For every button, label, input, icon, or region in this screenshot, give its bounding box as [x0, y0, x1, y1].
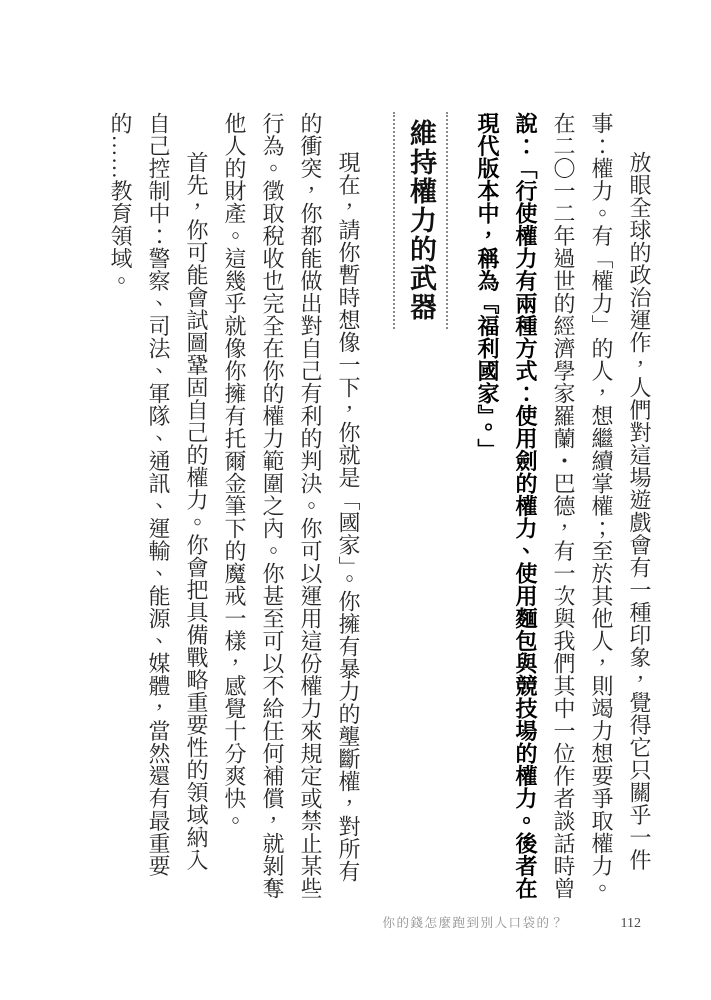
- section-title: 維持權力的武器: [393, 112, 448, 329]
- paragraph-2-column-3: 行為。徵取稅收也完全在你的權力範圍之內。你甚至可以不給任何補償，就剝奪: [253, 112, 291, 910]
- paragraph-1-column-1: 放眼全球的政治運作，人們對這場遊戲會有一種印象，覺得它只關乎一件: [620, 112, 658, 910]
- running-footer: 你的錢怎麼跑到別人口袋的？ 112: [383, 913, 642, 932]
- paragraph-2-column-4: 他人的財產。這幾乎就像你擁有托爾金筆下的魔戒一樣，感覺十分爽快。: [215, 112, 253, 910]
- section-title-block: 維持權力的武器: [393, 112, 448, 910]
- book-page: 放眼全球的政治運作，人們對這場遊戲會有一種印象，覺得它只關乎一件 事：權力。有「…: [0, 0, 711, 1000]
- page-number: 112: [621, 916, 641, 932]
- paragraph-1-column-4-bold-quote: 說：「行使權力有兩種方式：使用劍的權力、使用麵包與競技場的權力。後者在: [506, 112, 544, 910]
- paragraph-2-column-2: 的衝突，你都能做出對自己有利的判決。你可以運用這份權力來規定或禁止某些: [291, 112, 329, 910]
- paragraph-3-column-3: 的……教育領域。: [101, 112, 139, 910]
- vertical-text-area: 放眼全球的政治運作，人們對這場遊戲會有一種印象，覺得它只關乎一件 事：權力。有「…: [101, 112, 658, 910]
- paragraph-1-column-3: 在二〇一二年過世的經濟學家羅蘭・巴德，有一次與我們其中一位作者談話時曾: [544, 112, 582, 910]
- paragraph-3-column-2: 自己控制中：警察、司法、軍隊、通訊、運輸、能源、媒體，當然還有最重要: [139, 112, 177, 910]
- footer-book-title: 你的錢怎麼跑到別人口袋的？: [383, 913, 565, 931]
- paragraph-3-column-1: 首先，你可能會試圖鞏固自己的權力。你會把具備戰略重要性的領域納入: [177, 112, 215, 910]
- paragraph-2-column-1: 現在，請你暫時想像一下，你就是「國家」。你擁有暴力的壟斷權，對所有: [329, 112, 367, 910]
- paragraph-1-column-5-bold-quote: 現代版本中，稱為『福利國家』。」: [468, 112, 506, 910]
- paragraph-1-column-2: 事：權力。有「權力」的人，想繼續掌權；至於其他人，則竭力想要爭取權力。: [582, 112, 620, 910]
